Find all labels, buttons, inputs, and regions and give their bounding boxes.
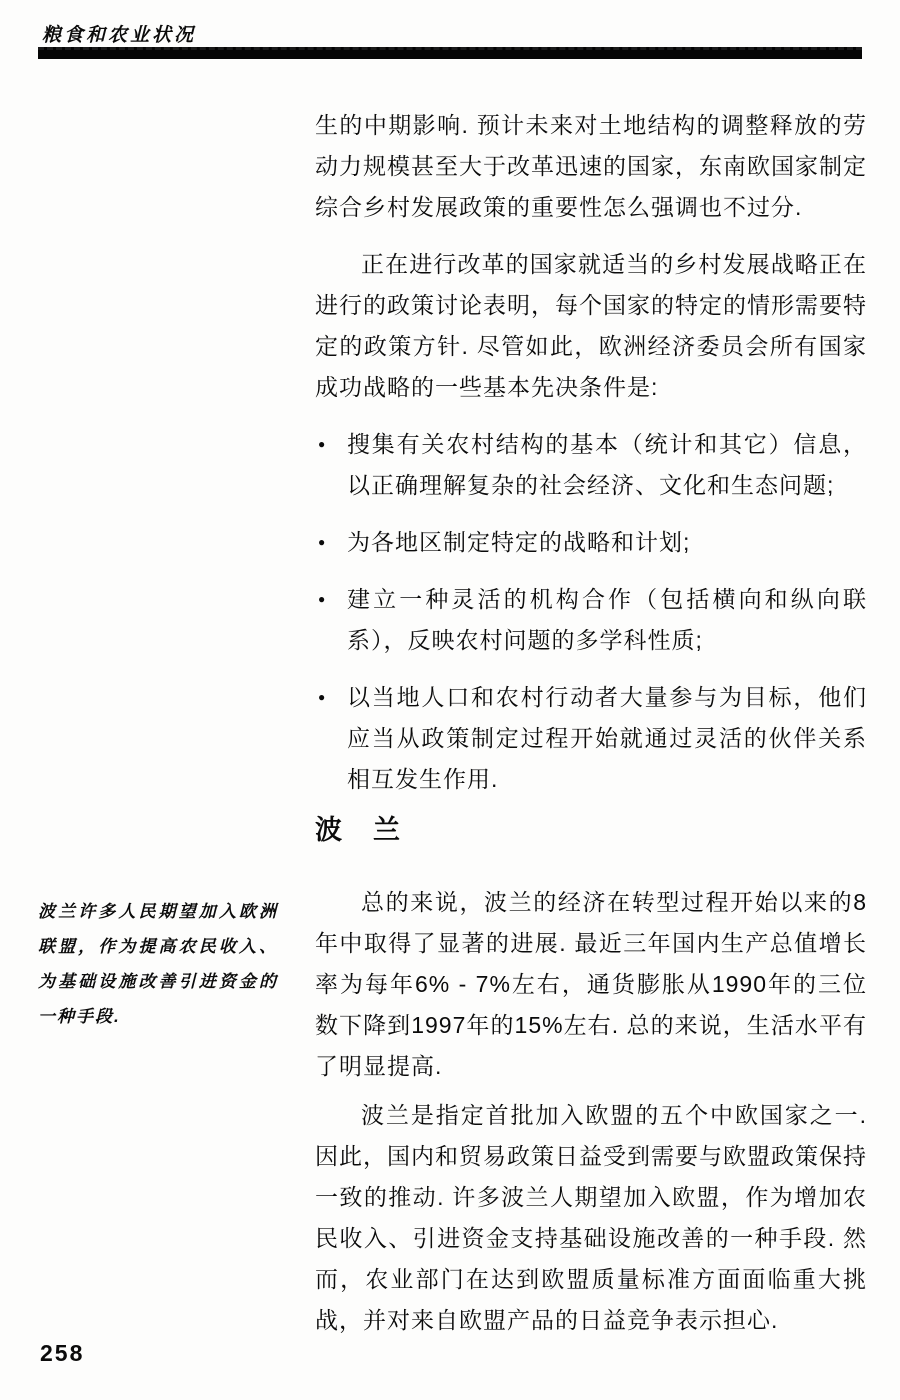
margin-note: 波兰许多人民期望加入欧洲联盟，作为提高农民收入、为基础设施改善引进资金的一种手段… <box>38 894 278 1034</box>
paragraph-poland-eu-accession: 波兰是指定首批加入欧盟的五个中欧国家之一. 因此，国内和贸易政策日益受到需要与欧… <box>315 1095 867 1341</box>
paragraph-intro: 正在进行改革的国家就适当的乡村发展战略正在进行的政策讨论表明，每个国家的特定的情… <box>315 244 867 408</box>
section-heading-poland: 波 兰 <box>315 812 867 848</box>
bullet-text: 以当地人口和农村行动者大量参与为目标，他们应当从政策制定过程开始就通过灵活的伙伴… <box>347 684 867 792</box>
paragraph-poland-overview: 总的来说，波兰的经济在转型过程开始以来的8年中取得了显著的进展. 最近三年国内生… <box>315 882 867 1087</box>
document-page: 粮食和农业状况 生的中期影响. 预计未来对土地结构的调整释放的劳动力规模甚至大于… <box>0 0 900 1400</box>
bullet-item: ● 以当地人口和农村行动者大量参与为目标，他们应当从政策制定过程开始就通过灵活的… <box>315 677 867 800</box>
bullet-dot-icon: ● <box>318 424 326 465</box>
header-rule <box>38 47 862 59</box>
bullet-text: 搜集有关农村结构的基本（统计和其它）信息，以正确理解复杂的社会经济、文化和生态问… <box>347 431 867 498</box>
bullet-item: ● 搜集有关农村结构的基本（统计和其它）信息，以正确理解复杂的社会经济、文化和生… <box>315 424 867 506</box>
bullet-dot-icon: ● <box>318 579 326 620</box>
running-header: 粮食和农业状况 <box>42 20 196 47</box>
bullet-text: 为各地区制定特定的战略和计划; <box>347 529 690 555</box>
paragraph-carryover: 生的中期影响. 预计未来对土地结构的调整释放的劳动力规模甚至大于改革迅速的国家，… <box>315 105 867 228</box>
bullet-item: ● 为各地区制定特定的战略和计划; <box>315 522 867 563</box>
bullet-dot-icon: ● <box>318 677 326 718</box>
bullet-list: ● 搜集有关农村结构的基本（统计和其它）信息，以正确理解复杂的社会经济、文化和生… <box>315 424 867 800</box>
bullet-item: ● 建立一种灵活的机构合作（包括横向和纵向联系），反映农村问题的多学科性质; <box>315 579 867 661</box>
bullet-text: 建立一种灵活的机构合作（包括横向和纵向联系），反映农村问题的多学科性质; <box>347 586 867 653</box>
bullet-dot-icon: ● <box>318 522 326 563</box>
page-number: 258 <box>40 1340 84 1367</box>
main-text-column: 生的中期影响. 预计未来对土地结构的调整释放的劳动力规模甚至大于改革迅速的国家，… <box>315 105 867 1341</box>
